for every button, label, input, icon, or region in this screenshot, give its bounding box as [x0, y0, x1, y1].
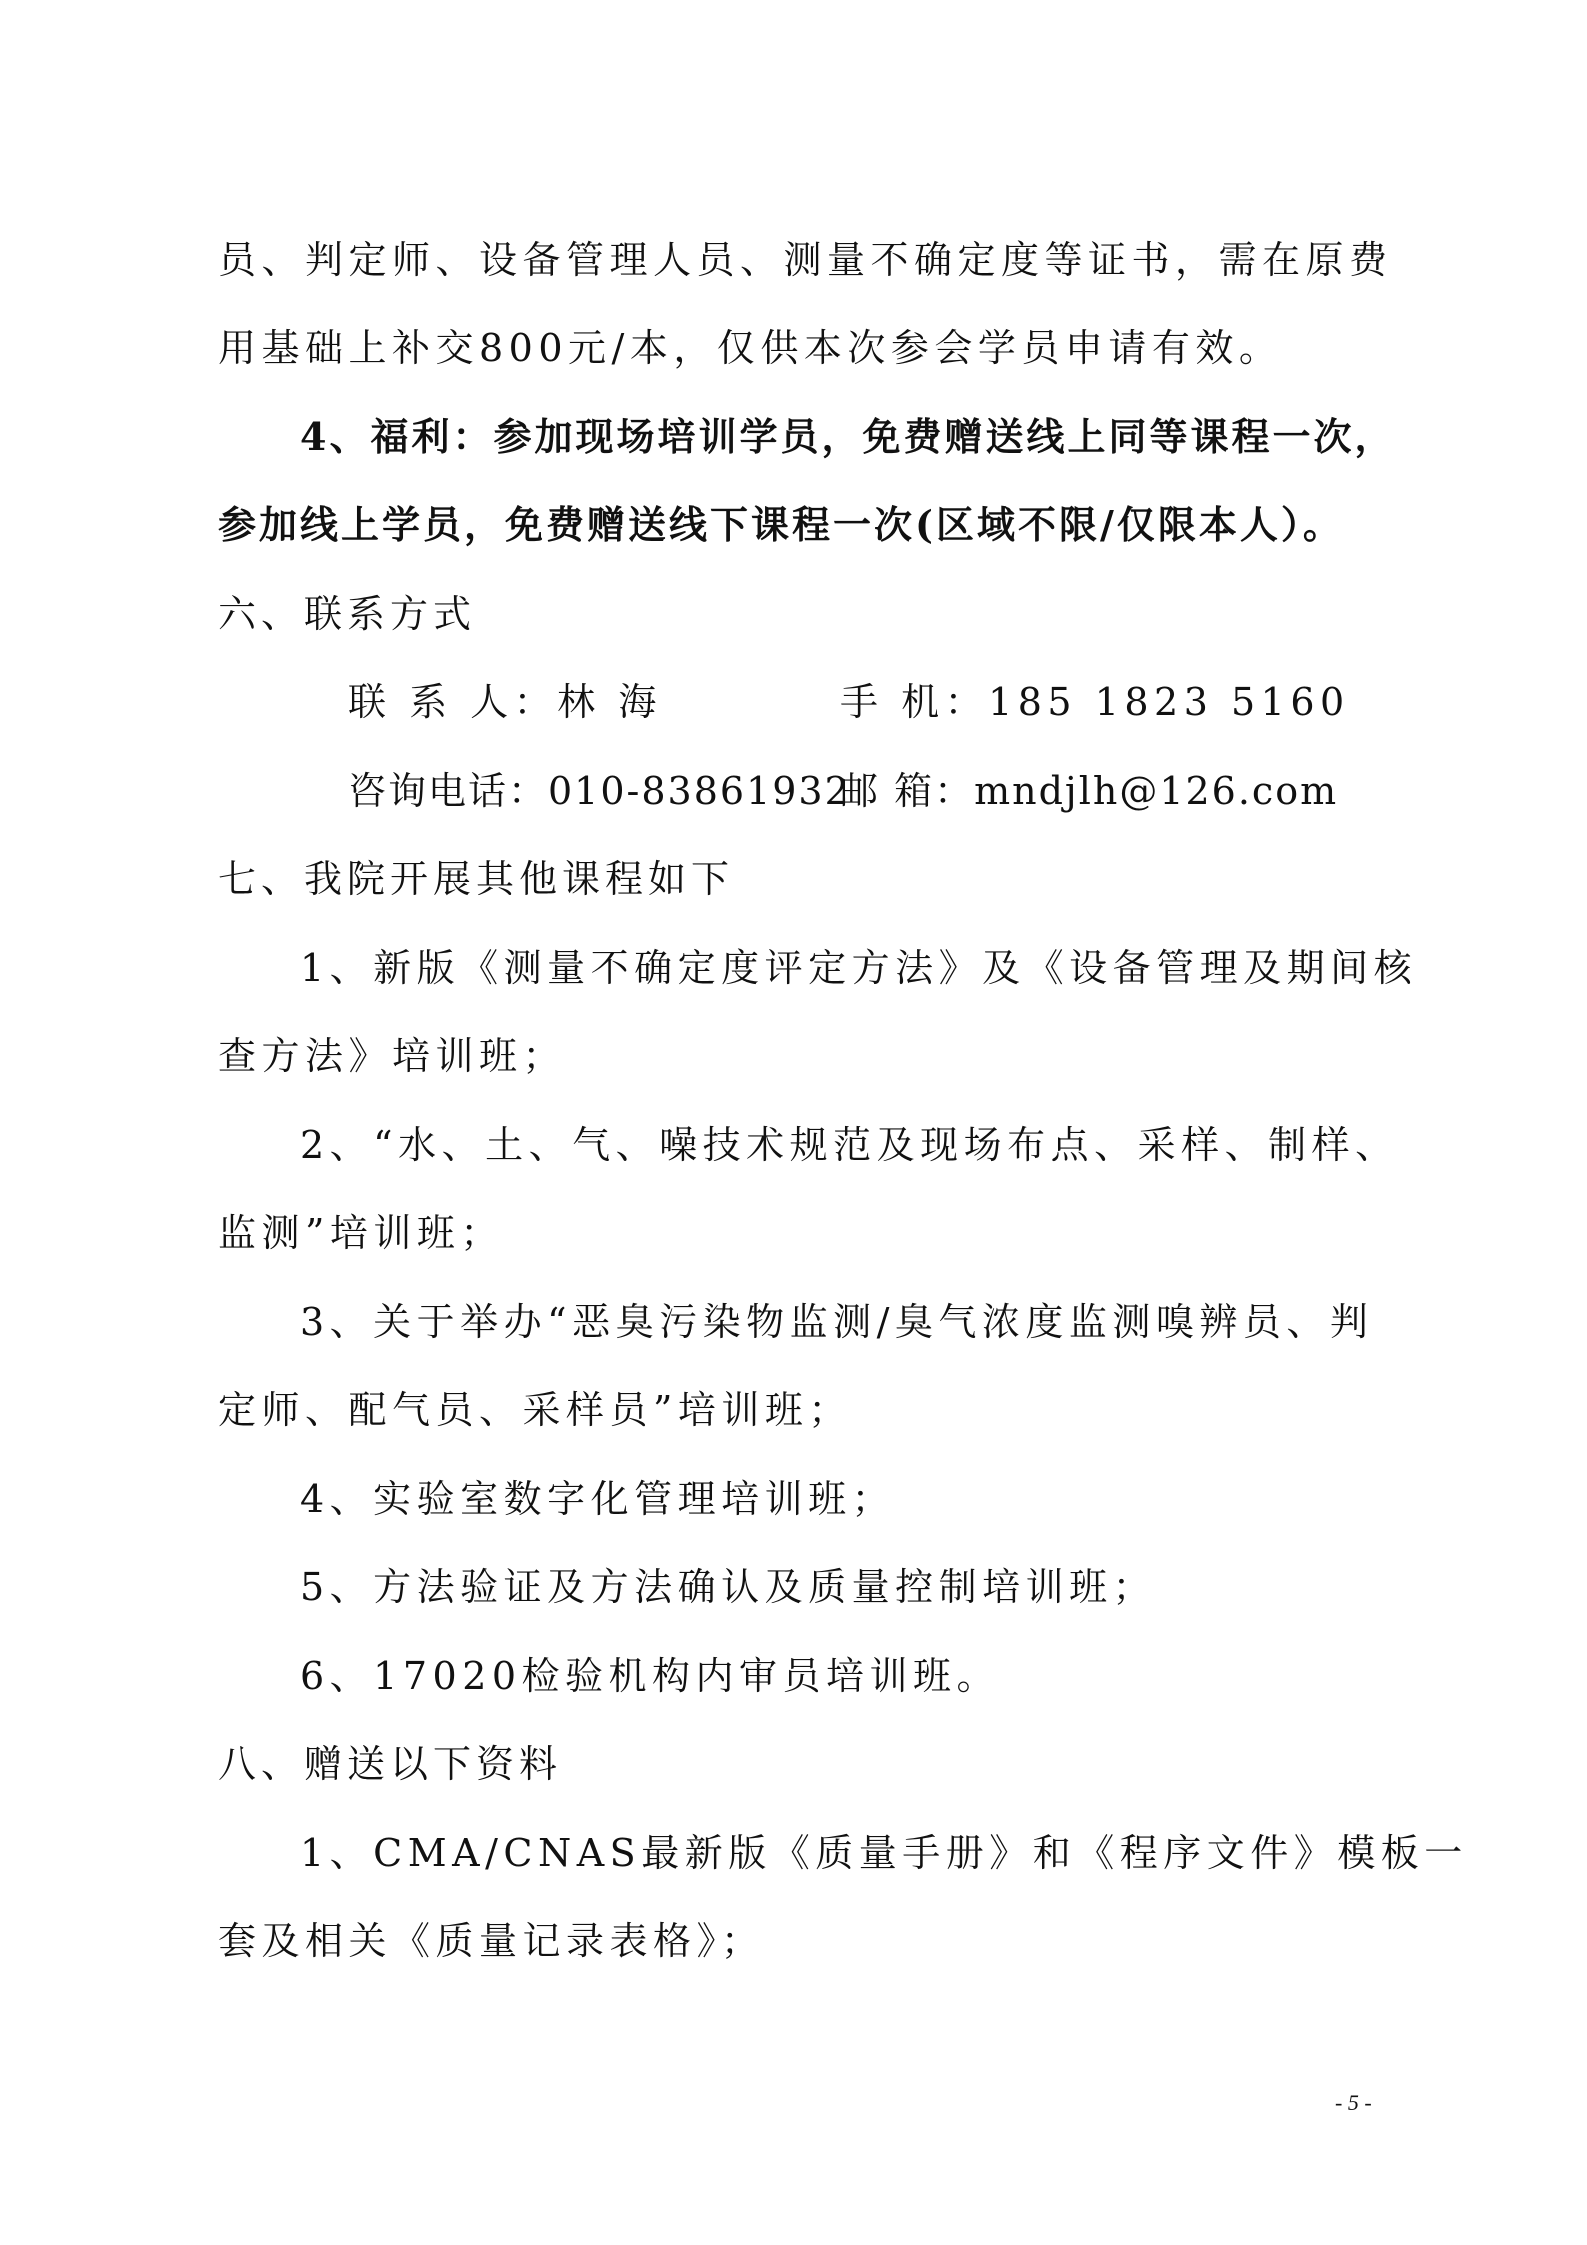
page-number: - 5 - [1335, 2090, 1372, 2116]
list-item: 6、17020检验机构内审员培训班。 [300, 1651, 1000, 1701]
benefit-text: 4、福利：参加现场培训学员，免费赠送线上同等课程一次， [300, 412, 1395, 462]
section-heading: 七、我院开展其他课程如下 [218, 854, 734, 904]
contact-person: 联 系 人：林 海 [348, 677, 662, 727]
body-text: 员、判定师、设备管理人员、测量不确定度等证书，需在原费 [218, 235, 1393, 285]
contact-email: 邮 箱：mndjlh@126.com [840, 766, 1338, 816]
list-item: 1、新版《测量不确定度评定方法》及《设备管理及期间核 [300, 943, 1417, 993]
contact-phone: 咨询电话：010-83861932 [348, 766, 851, 816]
list-item: 监测”培训班； [218, 1208, 504, 1258]
section-heading: 八、赠送以下资料 [218, 1739, 562, 1789]
benefit-text: 参加线上学员，免费赠送线下课程一次(区域不限/仅限本人）。 [218, 500, 1344, 550]
contact-mobile: 手 机：185 1823 5160 [840, 677, 1350, 727]
list-item: 5、方法验证及方法确认及质量控制培训班； [300, 1562, 1156, 1612]
list-item: 3、关于举办“恶臭污染物监测/臭气浓度监测嗅辨员、判 [300, 1297, 1373, 1347]
section-heading: 六、联系方式 [218, 589, 476, 639]
list-item: 套及相关《质量记录表格》； [218, 1916, 765, 1966]
list-item: 查方法》培训班； [218, 1031, 566, 1081]
list-item: 定师、配气员、采样员”培训班； [218, 1385, 852, 1435]
list-item: 1、CMA/CNAS最新版《质量手册》和《程序文件》模板一 [300, 1828, 1468, 1878]
list-item: 4、实验室数字化管理培训班； [300, 1474, 895, 1524]
list-item: 2、“水、土、气、噪技术规范及现场布点、采样、制样、 [300, 1120, 1399, 1170]
body-text: 用基础上补交800元/本，仅供本次参会学员申请有效。 [218, 323, 1282, 373]
